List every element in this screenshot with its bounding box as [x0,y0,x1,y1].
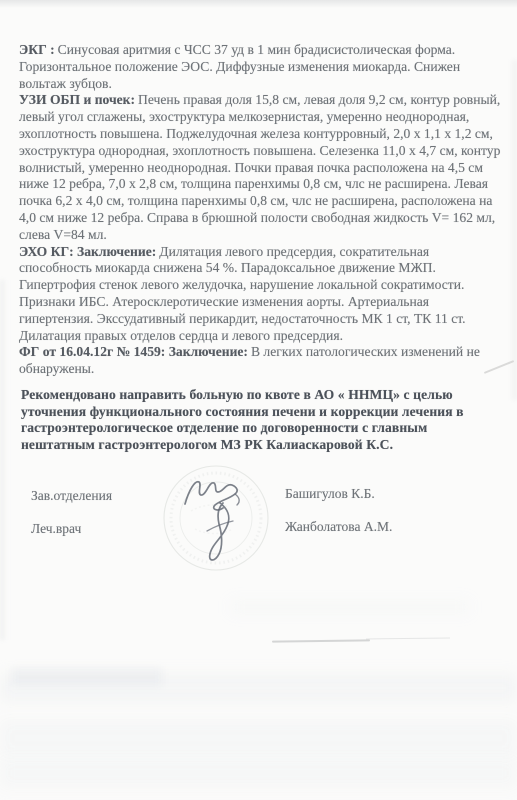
bleed-through-band [0,720,517,756]
section-label-ekg: ЭКГ : [19,42,55,57]
section-text-uzi: Печень правая доля 15,8 см, левая доля 9… [19,92,500,241]
section-label-uzi: УЗИ ОБП и почек: [19,92,135,107]
scan-edge-shading-top [0,0,517,8]
scanned-document-page: ЭКГ :Синусовая аритмия с ЧСС 37 уд в 1 м… [0,0,517,800]
section-label-echo: ЭХО КГ: Заключение: [19,244,156,259]
section-label-fg: ФГ от 16.04.12г № 1459: Заключение: [19,344,248,359]
scan-edge-shading-left [0,280,7,640]
bleed-through-band [0,758,517,788]
paragraph-fg: ФГ от 16.04.12г № 1459: Заключение:В лег… [19,344,505,378]
paragraph-uzi: УЗИ ОБП и почек:Печень правая доля 15,8 … [19,92,505,243]
scan-smudge [12,668,162,686]
document-body: ЭКГ :Синусовая аритмия с ЧСС 37 уд в 1 м… [19,42,505,453]
faint-pencil-line [272,639,370,642]
signature-role-head: Зав.отделения [31,488,112,504]
bleed-through-band [230,600,470,614]
signature-name-head: Башигулов К.Б. [285,486,375,502]
scan-edge-shading-right [509,60,517,400]
signature-role-doctor: Леч.врач [31,521,81,537]
signature-name-doctor: Жанболатова А.М. [285,519,392,535]
paragraph-ekg: ЭКГ :Синусовая аритмия с ЧСС 37 уд в 1 м… [19,42,505,92]
faint-pencil-line [366,638,450,640]
signature-attending-doctor [196,498,248,570]
recommendation-paragraph: Рекомендовано направить больную по квоте… [21,387,495,453]
paragraph-echo: ЭХО КГ: Заключение:Дилятация левого пред… [19,244,505,345]
section-text-ekg: Синусовая аритмия с ЧСС 37 уд в 1 мин бр… [19,42,460,91]
